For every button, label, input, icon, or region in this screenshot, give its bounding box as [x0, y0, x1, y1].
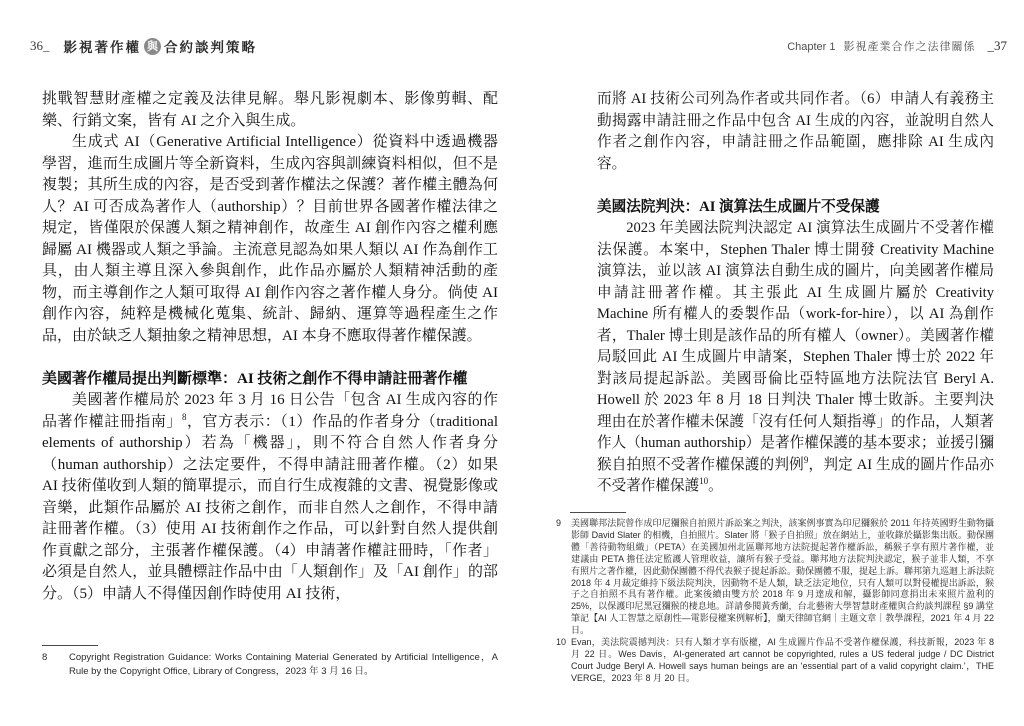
book-spread: 36_ 影視著作權 與 合約談判策略 Chapter 1 影視產業合作之法律關係… — [0, 0, 1024, 726]
footnote-divider — [570, 512, 626, 513]
footnote-number: 10 — [556, 637, 571, 685]
book-title-part2: 合約談判策略 — [164, 36, 257, 56]
footnote-9: 9 美國聯邦法院曾作成印尼獼猴自拍照片訴訟案之判決，該案例事實為印尼獼猴於 20… — [556, 518, 994, 637]
footnote-10: 10 Evan，美法院震撼判決：只有人類才享有版權，AI 生成圖片作品不受著作權… — [556, 637, 994, 685]
book-title-part1: 影視著作權 — [64, 36, 142, 56]
paragraph: 而將 AI 技術公司列為作者或共同作者。（6）申請人有義務主動揭露申請註冊之作品… — [597, 89, 994, 175]
footnote-text: 美國聯邦法院曾作成印尼獼猴自拍照片訴訟案之判決，該案例事實為印尼獼猴於 2011… — [571, 518, 994, 637]
paragraph: 挑戰智慧財產權之定義及法律見解。舉凡影視劇本、影像剪輯、配樂、行銷文案，皆有 A… — [42, 89, 498, 132]
paragraph: 2023 年美國法院判決認定 AI 演算法生成圖片不受著作權法保護。本案中，St… — [597, 218, 994, 498]
footnote-number: 8 — [42, 651, 69, 679]
right-page-body: 而將 AI 技術公司列為作者或共同作者。（6）申請人有義務主動揭露申請註冊之作品… — [597, 89, 994, 498]
chapter-label: Chapter 1 — [787, 41, 835, 53]
right-page-number: _37 — [988, 38, 1008, 54]
left-page-footnotes: 8 Copyright Registration Guidance: Works… — [42, 645, 498, 679]
paragraph: 美國著作權局於 2023 年 3 月 16 日公告「包含 AI 生成內容的作品著… — [42, 390, 498, 605]
section-heading: 美國著作權局提出判斷標準：AI 技術之創作不得申請註冊著作權 — [42, 369, 498, 391]
left-running-head: 36_ 影視著作權 與 合約談判策略 — [30, 36, 257, 56]
footnote-number: 9 — [556, 518, 571, 637]
left-page-number: 36_ — [30, 38, 50, 54]
paragraph-text: ，官方表示：（1）作品的作者身分（traditional elements of… — [42, 414, 498, 602]
footnote-ref-10: 10 — [699, 476, 708, 486]
paragraph-text: 2023 年美國法院判決認定 AI 演算法生成圖片不受著作權法保護。本案中，St… — [597, 220, 994, 473]
title-circle-glyph: 與 — [144, 38, 161, 55]
right-page-footnotes: 9 美國聯邦法院曾作成印尼獼猴自拍照片訴訟案之判決，該案例事實為印尼獼猴於 20… — [556, 512, 994, 685]
chapter-title: 影視產業合作之法律關係 — [844, 38, 976, 54]
paragraph-text: 。 — [708, 478, 723, 494]
footnote-text: Evan，美法院震撼判決：只有人類才享有版權，AI 生成圖片作品不受著作權保護，… — [571, 637, 994, 685]
footnote-text: Copyright Registration Guidance: Works C… — [69, 651, 498, 679]
section-heading: 美國法院判決：AI 演算法生成圖片不受保護 — [597, 197, 994, 219]
footnote-8: 8 Copyright Registration Guidance: Works… — [42, 651, 498, 679]
right-running-head: Chapter 1 影視產業合作之法律關係 _37 — [787, 38, 1007, 54]
left-page-body: 挑戰智慧財產權之定義及法律見解。舉凡影視劇本、影像剪輯、配樂、行銷文案，皆有 A… — [42, 89, 498, 605]
footnote-divider — [42, 645, 98, 646]
paragraph: 生成式 AI（Generative Artificial Intelligenc… — [42, 132, 498, 347]
